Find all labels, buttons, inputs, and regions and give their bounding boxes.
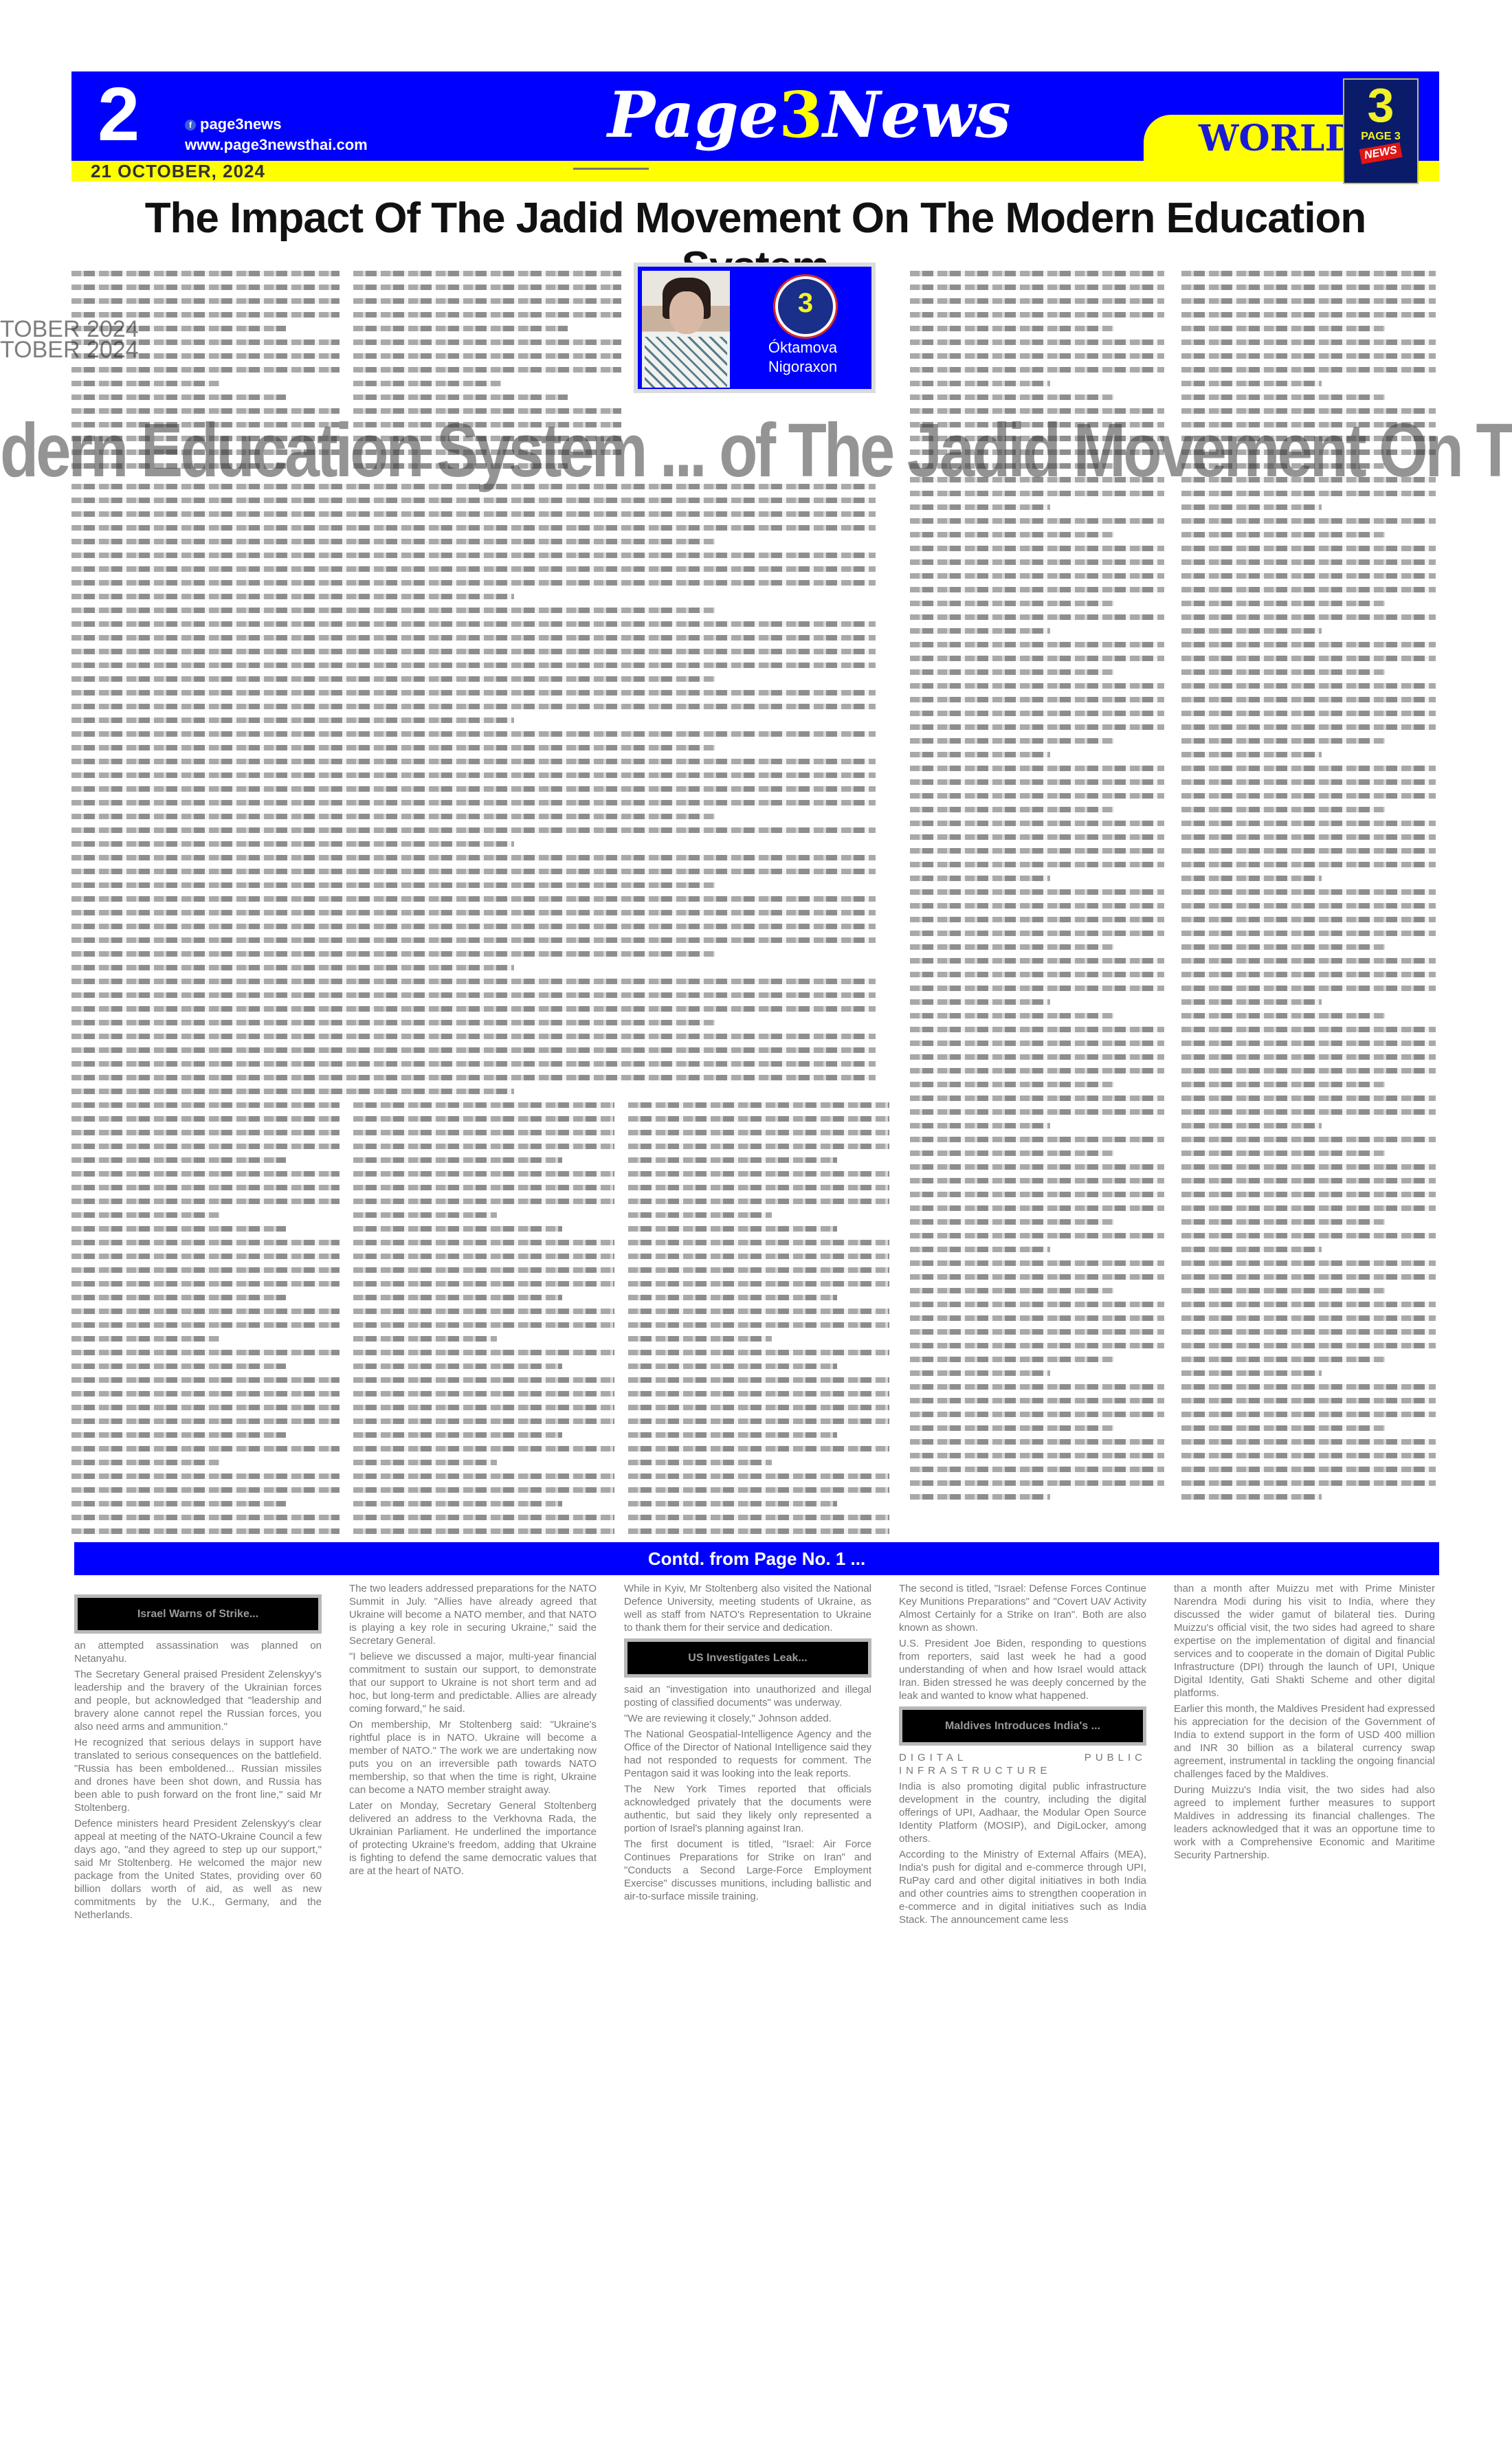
blurred-text-line [353,436,621,441]
blurred-text-line [628,1336,772,1342]
paragraph: "We are reviewing it closely," Johnson a… [624,1712,871,1725]
blurred-text-line [910,807,1113,812]
blurred-text-line [1181,917,1436,922]
blurred-text-line [1181,1123,1322,1128]
blurred-text-line [1181,394,1385,400]
blurred-text-line [910,1357,1113,1362]
blurred-text-line [1181,738,1385,744]
page3-badge-logo: 3 PAGE 3 NEWS [1343,78,1419,184]
blurred-text-line [1181,656,1436,661]
blurred-text-line [1181,367,1436,372]
blurred-text-line [628,1405,889,1410]
paragraph: Later on Monday, Secretary General Stolt… [349,1799,597,1878]
paragraph: He recognized that serious delays in sup… [74,1736,322,1814]
blurred-text-line [71,1515,340,1520]
blurred-text-line [910,697,1164,702]
logo-text-left: Page [608,78,779,152]
blurred-text-line [71,1254,340,1259]
blurred-text-line [71,1089,514,1094]
blurred-text-line [353,353,621,359]
blurred-text-line [1181,1013,1385,1019]
blurred-text-line [1181,1095,1436,1101]
article-column-5 [353,1102,614,1542]
blurred-text-line [628,1418,889,1424]
ghost-date-overlay: TOBER 2024 TOBER 2024 [0,319,139,360]
blurred-text-line [628,1487,889,1493]
blurred-text-line [353,1460,497,1465]
newspaper-page: 2 fpage3news www.page3newsthai.com 21 OC… [71,71,1439,181]
continued-banner: Contd. from Page No. 1 ... [74,1542,1439,1575]
blurred-text-line [1181,807,1385,812]
blurred-text-line [1181,1068,1436,1073]
blurred-text-line [910,573,1164,579]
blurred-text-line [1181,285,1436,290]
blurred-text-line [1181,1343,1436,1348]
blurred-text-line [910,1480,1164,1486]
blurred-text-line [910,917,1164,922]
blurred-text-line [1181,1109,1436,1115]
blurred-text-line [910,876,1050,881]
blurred-text-line [71,663,876,668]
paragraph: Defence ministers heard President Zelens… [74,1817,322,1922]
blurred-text-line [910,821,1164,826]
blurred-text-line [1181,491,1436,496]
blurred-text-line [71,1144,340,1149]
paragraph: While in Kyiv, Mr Stoltenberg also visit… [624,1582,871,1634]
blurred-text-line [71,910,876,915]
blurred-text-line [910,1205,1164,1211]
blurred-text-line [910,1054,1164,1060]
paragraph: an attempted assassination was planned o… [74,1639,322,1665]
blurred-text-line [1181,532,1385,537]
blurred-text-line [628,1364,837,1369]
article-column-0 [71,1102,340,1542]
blurred-text-line [71,367,340,372]
blurred-text-line [1181,724,1436,730]
blurred-text-line [910,587,1164,592]
blurred-text-line [353,1515,614,1520]
blurred-text-line [71,1418,340,1424]
blurred-text-line [71,1212,219,1218]
blurred-text-line [910,958,1164,964]
blurred-text-line [353,1309,614,1314]
blurred-text-line [353,298,621,304]
blurred-text-line [71,553,876,558]
paragraph: said an "investigation into unauthorized… [624,1683,871,1709]
blurred-text-line [628,1254,889,1259]
blurred-text-line [910,1494,1050,1500]
bottom-column-3: While in Kyiv, Mr Stoltenberg also visit… [624,1582,871,1906]
blurred-text-line [71,1364,286,1369]
blurred-text-line [1181,477,1436,482]
blurred-text-line [353,1405,614,1410]
blurred-text-line [910,408,1164,414]
blurred-text-line [353,367,621,372]
blurred-text-line [628,1473,889,1479]
section-label: WORLD [1199,111,1356,166]
article-column-1 [71,271,340,477]
blurred-text-line [353,1267,614,1273]
blurred-text-line [1181,340,1436,345]
blurred-text-line [910,1082,1113,1087]
blurred-text-line [1181,903,1436,909]
paragraph: DIGITAL PUBLIC INFRASTRUCTURE [899,1751,1146,1777]
blurred-text-line [353,340,621,345]
blurred-text-line [628,1295,837,1300]
section-header: Maldives Introduces India's ... [899,1706,1146,1746]
blurred-text-line [71,731,876,737]
blurred-text-line [71,1116,340,1122]
blurred-text-line [71,1473,340,1479]
blurred-text-line [1181,587,1436,592]
blurred-text-line [910,834,1164,840]
blurred-text-line [910,1164,1164,1170]
blurred-text-line [1181,931,1436,936]
bottom-column-5: than a month after Muizzu met with Prime… [1174,1582,1435,1865]
blurred-text-line [1181,1288,1385,1293]
blurred-text-line [910,1068,1164,1073]
blurred-text-line [1181,821,1436,826]
paragraph: According to the Ministry of External Af… [899,1848,1146,1926]
blurred-text-line [910,449,1164,455]
blurred-text-line [1181,449,1436,455]
blurred-text-line [71,814,715,819]
blurred-text-line [353,1446,614,1451]
blurred-text-line [1181,1480,1436,1486]
paragraph: The second is titled, "Israel: Defense F… [899,1582,1146,1634]
blurred-text-line [1181,463,1385,469]
blurred-text-line [628,1460,772,1465]
blurred-text-line [910,999,1050,1005]
blurred-text-line [1181,518,1436,524]
blurred-text-line [353,1487,614,1493]
blurred-text-line [71,408,340,414]
blurred-text-line [910,1247,1050,1252]
blurred-text-line [1181,504,1322,510]
blurred-text-line [71,1061,876,1067]
blurred-text-line [1181,1315,1436,1321]
blurred-text-line [71,394,286,400]
blurred-text-line [71,745,715,750]
blurred-text-line [353,326,568,331]
blurred-text-line [71,1295,286,1300]
blurred-text-line [1181,848,1436,854]
blurred-text-line [910,1384,1164,1390]
blurred-text-line [1181,1329,1436,1335]
blurred-text-line [1181,1494,1322,1500]
blurred-text-line [71,539,715,544]
blurred-text-line [71,463,286,469]
blurred-text-line [628,1528,889,1534]
blurred-text-line [1181,1164,1436,1170]
blurred-text-line [628,1391,889,1397]
blurred-text-line [353,1102,614,1108]
blurred-text-line [628,1226,837,1232]
author-card: 3 Óktamova Nigoraxon [634,263,876,393]
blurred-text-line [1181,1150,1385,1156]
blurred-text-line [910,752,1050,757]
blurred-text-line [628,1185,889,1190]
blurred-text-line [71,621,876,627]
blurred-text-line [71,298,340,304]
blurred-text-line [71,1336,219,1342]
blurred-text-line [910,367,1164,372]
facebook-link[interactable]: fpage3news [185,114,368,135]
blurred-text-line [71,271,340,276]
blurred-text-line [353,1212,497,1218]
blurred-text-line [71,449,340,455]
blurred-text-line [1181,1357,1385,1362]
blurred-text-line [910,944,1113,950]
blurred-text-line [1181,1274,1436,1280]
author-photo [642,271,730,388]
blurred-text-line [910,642,1164,647]
blurred-text-line [71,1391,340,1397]
bottom-column-4: The second is titled, "Israel: Defense F… [899,1582,1146,1929]
blurred-text-line [71,1171,340,1177]
blurred-text-line [1181,876,1322,881]
blurred-text-line [910,1137,1164,1142]
paragraph: than a month after Muizzu met with Prime… [1174,1582,1435,1700]
blurred-text-line [71,1501,286,1506]
blurred-text-line [71,896,876,902]
blurred-text-line [71,649,876,654]
blurred-text-line [628,1130,889,1135]
blurred-text-line [71,436,340,441]
blurred-text-line [628,1515,889,1520]
blurred-text-line [1181,752,1322,757]
blurred-text-line [910,683,1164,689]
blurred-text-line [910,1439,1164,1445]
blurred-text-line [71,800,876,805]
blurred-text-line [71,1226,286,1232]
website-link[interactable]: www.page3newsthai.com [185,135,368,155]
blurred-text-line [353,1130,614,1135]
blurred-text-line [1181,271,1436,276]
blurred-text-line [353,1171,614,1177]
blurred-text-line [628,1102,889,1108]
blurred-text-line [71,1199,340,1204]
blurred-text-line [1181,1192,1436,1197]
blurred-text-line [353,1144,614,1149]
blurred-text-line [1181,1370,1322,1376]
blurred-text-line [910,1123,1050,1128]
blurred-text-line [910,1329,1164,1335]
blurred-text-line [910,312,1164,318]
blurred-text-line [353,1350,614,1355]
blurred-text-line [910,285,1164,290]
blurred-text-line [628,1116,889,1122]
blurred-text-line [910,1178,1164,1183]
blurred-text-line [910,1233,1164,1238]
blurred-text-line [1181,766,1436,771]
blurred-text-line [1181,628,1322,634]
blurred-text-line [910,353,1164,359]
blurred-text-line [71,1006,876,1012]
blurred-text-line [353,449,621,455]
blurred-text-line [71,979,876,984]
blurred-text-line [353,1364,562,1369]
blurred-text-line [910,532,1113,537]
blurred-text-line [353,394,568,400]
blurred-text-line [1181,1384,1436,1390]
blurred-text-line [1181,326,1385,331]
blurred-text-line [1181,1260,1436,1266]
blurred-text-line [1181,1027,1436,1032]
blurred-text-line [910,779,1164,785]
blurred-text-line [71,285,340,290]
blurred-text-line [1181,1247,1322,1252]
blurred-text-line [910,1192,1164,1197]
blurred-text-line [1181,1041,1436,1046]
article-column-6 [628,1102,889,1542]
logo-three: 3 [779,78,823,152]
blurred-text-line [71,608,715,613]
blurred-text-line [71,841,514,847]
blurred-text-line [71,594,514,599]
blurred-text-line [71,525,876,531]
logo-text-right: News [823,78,1011,152]
blurred-text-line [353,1377,614,1383]
page3-emblem-icon: 3 [775,276,836,337]
blurred-text-line [71,759,876,764]
blurred-text-line [1181,986,1436,991]
blurred-text-line [71,498,876,503]
blurred-text-line [71,882,715,888]
blurred-text-line [353,1295,562,1300]
blurred-text-line [1181,779,1436,785]
blurred-text-line [71,1460,219,1465]
blurred-text-line [910,669,1113,675]
blurred-text-line [71,1047,876,1053]
blurred-text-line [1181,559,1436,565]
blurred-text-line [910,298,1164,304]
blurred-text-line [71,1130,340,1135]
article-column-wide [71,484,876,1102]
blurred-text-line [1181,1082,1385,1087]
blurred-text-line [628,1212,772,1218]
blurred-text-line [71,1309,340,1314]
blurred-text-line [353,1528,614,1534]
author-name: Óktamova Nigoraxon [734,338,871,377]
blurred-text-line [910,1219,1113,1225]
blurred-text-line [1181,614,1436,620]
blurred-text-line [353,1240,614,1245]
blurred-text-line [910,931,1164,936]
blurred-text-line [628,1171,889,1177]
issue-date: 21 OCTOBER, 2024 [91,161,265,181]
blurred-text-line [628,1157,837,1163]
page-number: 2 [98,77,140,153]
blurred-text-line [910,1274,1164,1280]
blurred-text-line [1181,353,1436,359]
paragraph: "I believe we discussed a major, multi-y… [349,1650,597,1715]
blurred-text-line [910,1095,1164,1101]
blurred-text-line [910,711,1164,716]
blurred-text-line [1181,834,1436,840]
blurred-text-line [71,422,340,427]
blurred-text-line [910,1041,1164,1046]
blurred-text-line [1181,1137,1436,1142]
blurred-text-line [71,827,876,833]
blurred-text-line [353,408,621,414]
blurred-text-line [71,951,715,957]
blurred-text-line [71,1185,340,1190]
masthead: 2 fpage3news www.page3newsthai.com 21 OC… [71,71,1439,181]
blurred-text-line [353,1157,562,1163]
blurred-text-line [353,1116,614,1122]
blurred-text-line [910,766,1164,771]
section-header: US Investigates Leak... [624,1638,871,1678]
blurred-text-line [71,1487,340,1493]
blurred-text-line [353,1322,614,1328]
blurred-text-line [628,1199,889,1204]
blurred-text-line [71,1102,340,1108]
blurred-text-line [353,381,501,386]
blurred-text-line [1181,1412,1436,1417]
blurred-text-line [628,1377,889,1383]
blurred-text-line [71,484,876,489]
blurred-text-line [71,1034,876,1039]
blurred-text-line [1181,573,1436,579]
blurred-text-line [910,601,1113,606]
newspaper-logo: Page3News [608,77,1011,153]
blurred-text-line [628,1267,889,1273]
blurred-text-line [628,1281,889,1287]
author-first-name: Óktamova [734,338,871,357]
blurred-text-line [353,1226,562,1232]
blurred-text-line [71,1405,340,1410]
paragraph: The first document is titled, "Israel: A… [624,1838,871,1903]
blurred-text-line [353,1281,614,1287]
blurred-text-line [353,1473,614,1479]
blurred-text-line [71,1322,340,1328]
blurred-text-line [71,1240,340,1245]
blurred-text-line [628,1309,889,1314]
blurred-text-line [353,1391,614,1397]
blurred-text-line [71,1446,340,1451]
blurred-text-line [71,676,715,682]
blurred-text-line [1181,601,1385,606]
blurred-text-line [71,635,876,641]
blurred-text-line [1181,862,1436,867]
blurred-text-line [353,1432,562,1438]
badge-number: 3 [1344,80,1417,131]
blurred-text-line [628,1322,889,1328]
blurred-text-line [910,1027,1164,1032]
blurred-text-line [910,1343,1164,1348]
blurred-text-line [71,772,876,778]
blurred-text-line [1181,1233,1436,1238]
blurred-text-line [910,1302,1164,1307]
blurred-text-line [71,869,876,874]
blurred-text-line [910,422,1164,427]
blurred-text-line [353,1185,614,1190]
blurred-text-line [71,1281,340,1287]
blurred-text-line [1181,669,1385,675]
blurred-text-line [910,1467,1164,1472]
blurred-text-line [1181,793,1436,799]
blurred-text-line [1181,1302,1436,1307]
blurred-text-line [1181,1439,1436,1445]
paragraph: U.S. President Joe Biden, responding to … [899,1637,1146,1702]
blurred-text-line [71,704,876,709]
blurred-text-line [910,1150,1113,1156]
section-header: Israel Warns of Strike... [74,1594,322,1634]
badge-news-text: NEWS [1359,142,1403,164]
blurred-text-line [910,271,1164,276]
blurred-text-line [628,1144,889,1149]
